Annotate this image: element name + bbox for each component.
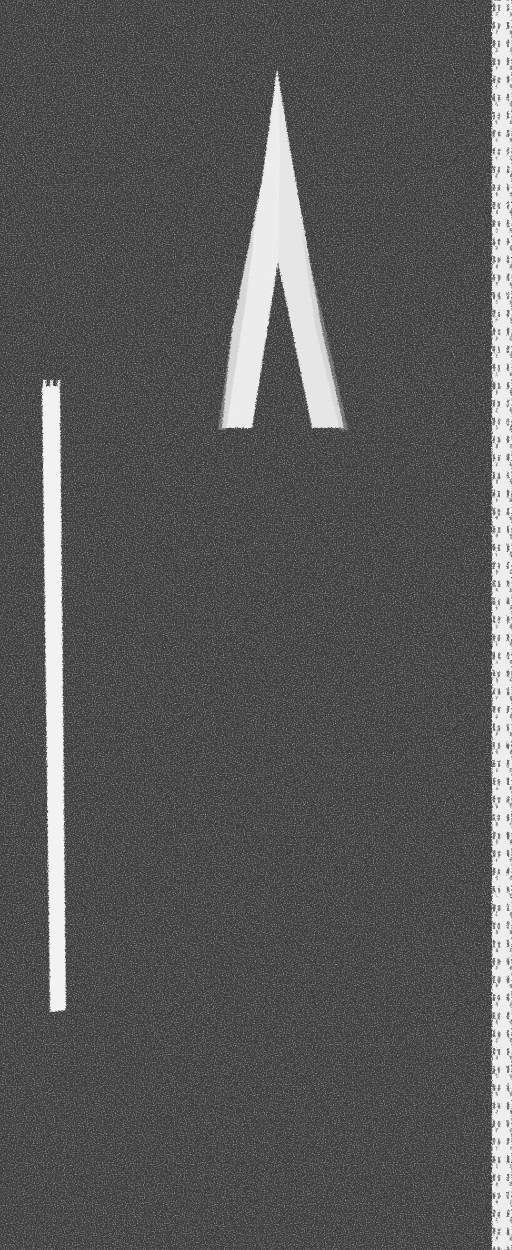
road-surface (0, 0, 512, 1250)
right-edge-line (492, 0, 512, 1250)
